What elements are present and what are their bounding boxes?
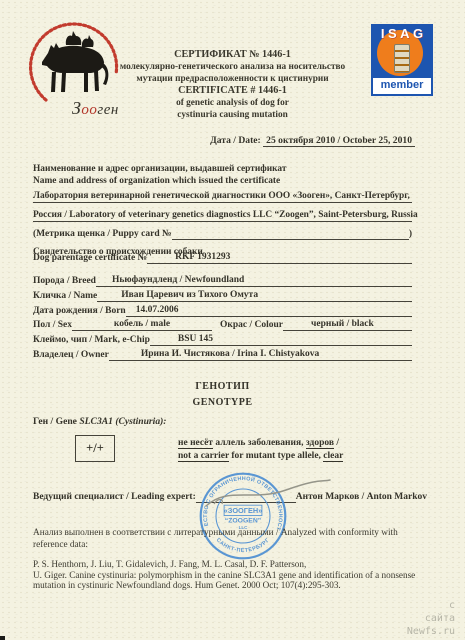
- sex-colour-row: Пол / Sex кобель / male Окрас / Colour ч…: [33, 319, 412, 331]
- result-ru-underlined-1: не несёт: [178, 438, 213, 449]
- result-en-underlined-2: clear: [323, 451, 343, 462]
- watermark-line-3: Newfs.ru: [407, 625, 455, 638]
- result-en-middle: for mutant type allele,: [229, 451, 323, 461]
- leading-expert-label: Ведущий специалист / Leading expert:: [33, 491, 196, 503]
- genotype-result-text: не несёт аллель заболевания, здоров / no…: [178, 437, 343, 463]
- analysis-note-line-1: Анализ выполнен в соответствии с литерат…: [33, 527, 398, 539]
- gene-name: SLC3A1 (Cystinuria):: [79, 416, 166, 427]
- puppy-card-close-paren: ): [409, 228, 412, 240]
- cert-subtitle-en-2: cystinuria causing mutation: [80, 109, 385, 121]
- watermark-line-1: с: [407, 599, 455, 612]
- born-value: 14.07.2006: [126, 305, 179, 315]
- result-en-underlined-1: not a carrier: [178, 451, 229, 462]
- issuer-caption-ru: Наименование и адрес организации, выдавш…: [33, 163, 286, 175]
- puppy-card-blank-line: [172, 239, 409, 240]
- scan-corner-artifact: [0, 636, 5, 640]
- colour-label: Окрас / Colour: [212, 319, 283, 331]
- gene-label: Ген / Gene: [33, 416, 79, 427]
- date-row: Дата / Date: 25 октября 2010 / October 2…: [210, 135, 415, 146]
- sex-value: кобель / male: [72, 318, 212, 331]
- parentage-row: Dog parentage certificate № RKF 1931293: [33, 252, 412, 264]
- analysis-note: Анализ выполнен в соответствии с литерат…: [33, 527, 398, 551]
- result-ru-underlined-2: здоров: [306, 438, 334, 449]
- genotype-result-en: not a carrier for mutant type allele, cl…: [178, 450, 343, 463]
- breed-value: Ньюфаундленд / Newfoundland: [96, 275, 244, 285]
- mark-row: Клеймо, чип / Mark, e-Chip BSU 145: [33, 334, 412, 346]
- analysis-note-line-2: reference data:: [33, 539, 398, 551]
- issuer-line-1: Лаборатория ветеринарной генетической ди…: [33, 190, 412, 203]
- owner-label: Владелец / Owner: [33, 349, 109, 361]
- signature-stroke: [200, 474, 335, 512]
- cert-subtitle-en-1: of genetic analysis of dog for: [80, 97, 385, 109]
- parentage-value: RKF 1931293: [147, 252, 230, 262]
- owner-row: Владелец / Owner Ирина И. Чистякова / Ir…: [33, 349, 412, 361]
- reference-line-3: mutation in cystinuric Newfoundland dogs…: [33, 580, 415, 591]
- genotype-heading-ru: ГЕНОТИП: [33, 381, 412, 392]
- mark-value: BSU 145: [150, 334, 213, 344]
- certificate-header: СЕРТИФИКАТ № 1446-1 молекулярно-генетиче…: [80, 49, 385, 121]
- gel-electrophoresis-icon: [394, 44, 410, 73]
- parentage-label: Dog parentage certificate №: [33, 252, 147, 264]
- cert-title-ru: СЕРТИФИКАТ № 1446-1: [80, 49, 385, 61]
- cert-title-en: CERTIFICATE # 1446-1: [80, 85, 385, 97]
- genotype-result-box: +/+: [75, 435, 115, 462]
- breed-row: Порода / Breed Ньюфаундленд / Newfoundla…: [33, 275, 412, 287]
- date-value: 25 октября 2010 / October 25, 2010: [263, 135, 415, 147]
- isag-acronym: ISAG: [373, 26, 431, 41]
- born-row: Дата рождения / Born 14.07.2006: [33, 305, 412, 317]
- name-label: Кличка / Name: [33, 290, 97, 302]
- reference-line-2: U. Giger. Canine cystinuria: polymorphis…: [33, 570, 415, 581]
- sex-label: Пол / Sex: [33, 319, 72, 331]
- date-label: Дата / Date:: [210, 135, 261, 146]
- name-value: Иван Царевич из Тихого Омута: [97, 290, 258, 300]
- issuer-caption: Наименование и адрес организации, выдавш…: [33, 163, 286, 187]
- cert-subtitle-ru-2: мутации предрасположенности к цистинурии: [80, 73, 385, 85]
- watermark-line-2: сайта: [407, 612, 455, 625]
- cert-subtitle-ru-1: молекулярно-генетического анализа на нос…: [80, 61, 385, 73]
- mark-label: Клеймо, чип / Mark, e-Chip: [33, 334, 150, 346]
- result-ru-tail: /: [334, 438, 339, 448]
- genotype-heading-en: GENOTYPE: [33, 397, 412, 408]
- colour-value: черный / black: [283, 319, 374, 329]
- issuer-line-2: Россия / Laboratory of veterinary geneti…: [33, 209, 412, 222]
- reference-citation: P. S. Henthorn, J. Liu, T. Gidalevich, J…: [33, 559, 415, 591]
- genotype-result-ru: не несёт аллель заболевания, здоров /: [178, 437, 343, 450]
- puppy-card-row: (Метрика щенка / Puppy card № ): [33, 228, 412, 240]
- isag-badge-top: ISAG: [373, 26, 431, 78]
- result-ru-middle: аллель заболевания,: [213, 438, 306, 448]
- owner-value: Ирина И. Чистякова / Irina I. Chistyakov…: [109, 349, 319, 359]
- name-row: Кличка / Name Иван Царевич из Тихого Ому…: [33, 290, 412, 302]
- issuer-caption-en: Name and address of organization which i…: [33, 175, 286, 187]
- puppy-card-label: (Метрика щенка / Puppy card №: [33, 228, 172, 240]
- gene-line: Ген / Gene SLC3A1 (Cystinuria):: [33, 416, 167, 427]
- isag-member-label: member: [373, 78, 431, 94]
- reference-line-1: P. S. Henthorn, J. Liu, T. Gidalevich, J…: [33, 559, 415, 570]
- site-watermark: с сайта Newfs.ru: [407, 599, 455, 638]
- stamp-center-en: “ZOOGEN”: [225, 517, 261, 524]
- born-label: Дата рождения / Born: [33, 305, 126, 317]
- breed-label: Порода / Breed: [33, 275, 96, 287]
- isag-member-badge: ISAG member: [371, 24, 433, 96]
- certificate-scan: Зооген СЕРТИФИКАТ № 1446-1 молекулярно-г…: [0, 0, 465, 640]
